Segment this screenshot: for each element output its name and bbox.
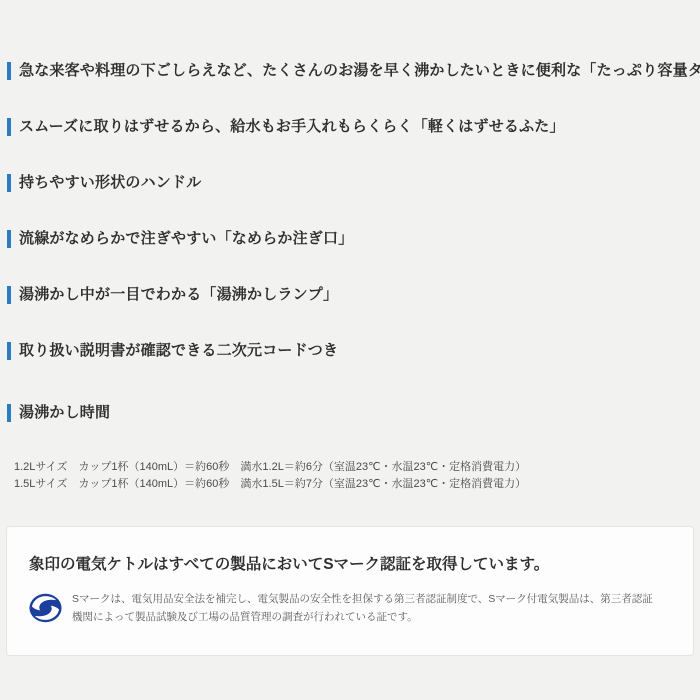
certification-description: Sマークは、電気用品安全法を補完し、電気製品の安全性を担保する第三者認証制度で、…	[72, 591, 671, 626]
accent-bar	[7, 286, 11, 304]
feature-text: スムーズに取りはずせるから、給水もお手入れもらくらく「軽くはずせるふた」	[19, 118, 565, 136]
certification-body-row: Sマークは、電気用品安全法を補完し、電気製品の安全性を担保する第三者認証制度で、…	[29, 591, 671, 626]
feature-text: 流線がなめらかで注ぎやすい「なめらか注ぎ口」	[19, 230, 353, 248]
feature-list: 急な来客や料理の下ごしらえなど、たくさんのお湯を早く沸かしたいときに便利な「たっ…	[0, 62, 700, 360]
feature-item: 持ちやすい形状のハンドル	[0, 174, 700, 192]
accent-bar	[7, 342, 11, 360]
boil-time-spec-1-2l: 1.2Lサイズ カップ1杯（140mL）＝約60秒 満水1.2L＝約6分（室温2…	[14, 460, 700, 474]
product-feature-section: 急な来客や料理の下ごしらえなど、たくさんのお湯を早く沸かしたいときに便利な「たっ…	[0, 0, 700, 700]
feature-text: 急な来客や料理の下ごしらえなど、たくさんのお湯を早く沸かしたいときに便利な「たっ…	[19, 62, 700, 80]
s-mark-logo-icon	[29, 593, 62, 623]
feature-item: 取り扱い説明書が確認できる二次元コードつき	[0, 342, 700, 360]
feature-item: 湯沸かし中が一目でわかる「湯沸かしランプ」	[0, 286, 700, 304]
accent-bar	[7, 62, 11, 80]
feature-item: スムーズに取りはずせるから、給水もお手入れもらくらく「軽くはずせるふた」	[0, 118, 700, 136]
boil-time-heading: 湯沸かし時間	[19, 404, 110, 422]
accent-bar	[7, 174, 11, 192]
feature-text: 持ちやすい形状のハンドル	[19, 174, 201, 192]
certification-heading: 象印の電気ケトルはすべての製品においてSマーク認証を取得しています。	[29, 555, 671, 575]
feature-item: 流線がなめらかで注ぎやすい「なめらか注ぎ口」	[0, 230, 700, 248]
boil-time-specs: 1.2Lサイズ カップ1杯（140mL）＝約60秒 満水1.2L＝約6分（室温2…	[0, 460, 700, 491]
feature-text: 湯沸かし中が一目でわかる「湯沸かしランプ」	[19, 286, 338, 304]
s-mark-certification-card: 象印の電気ケトルはすべての製品においてSマーク認証を取得しています。 Sマークは…	[6, 526, 694, 656]
feature-item: 急な来客や料理の下ごしらえなど、たくさんのお湯を早く沸かしたいときに便利な「たっ…	[0, 62, 700, 80]
accent-bar	[7, 404, 11, 422]
accent-bar	[7, 118, 11, 136]
boil-time-heading-row: 湯沸かし時間	[0, 404, 700, 422]
boil-time-spec-1-5l: 1.5Lサイズ カップ1杯（140mL）＝約60秒 満水1.5L＝約7分（室温2…	[14, 477, 700, 491]
accent-bar	[7, 230, 11, 248]
feature-text: 取り扱い説明書が確認できる二次元コードつき	[19, 342, 338, 360]
